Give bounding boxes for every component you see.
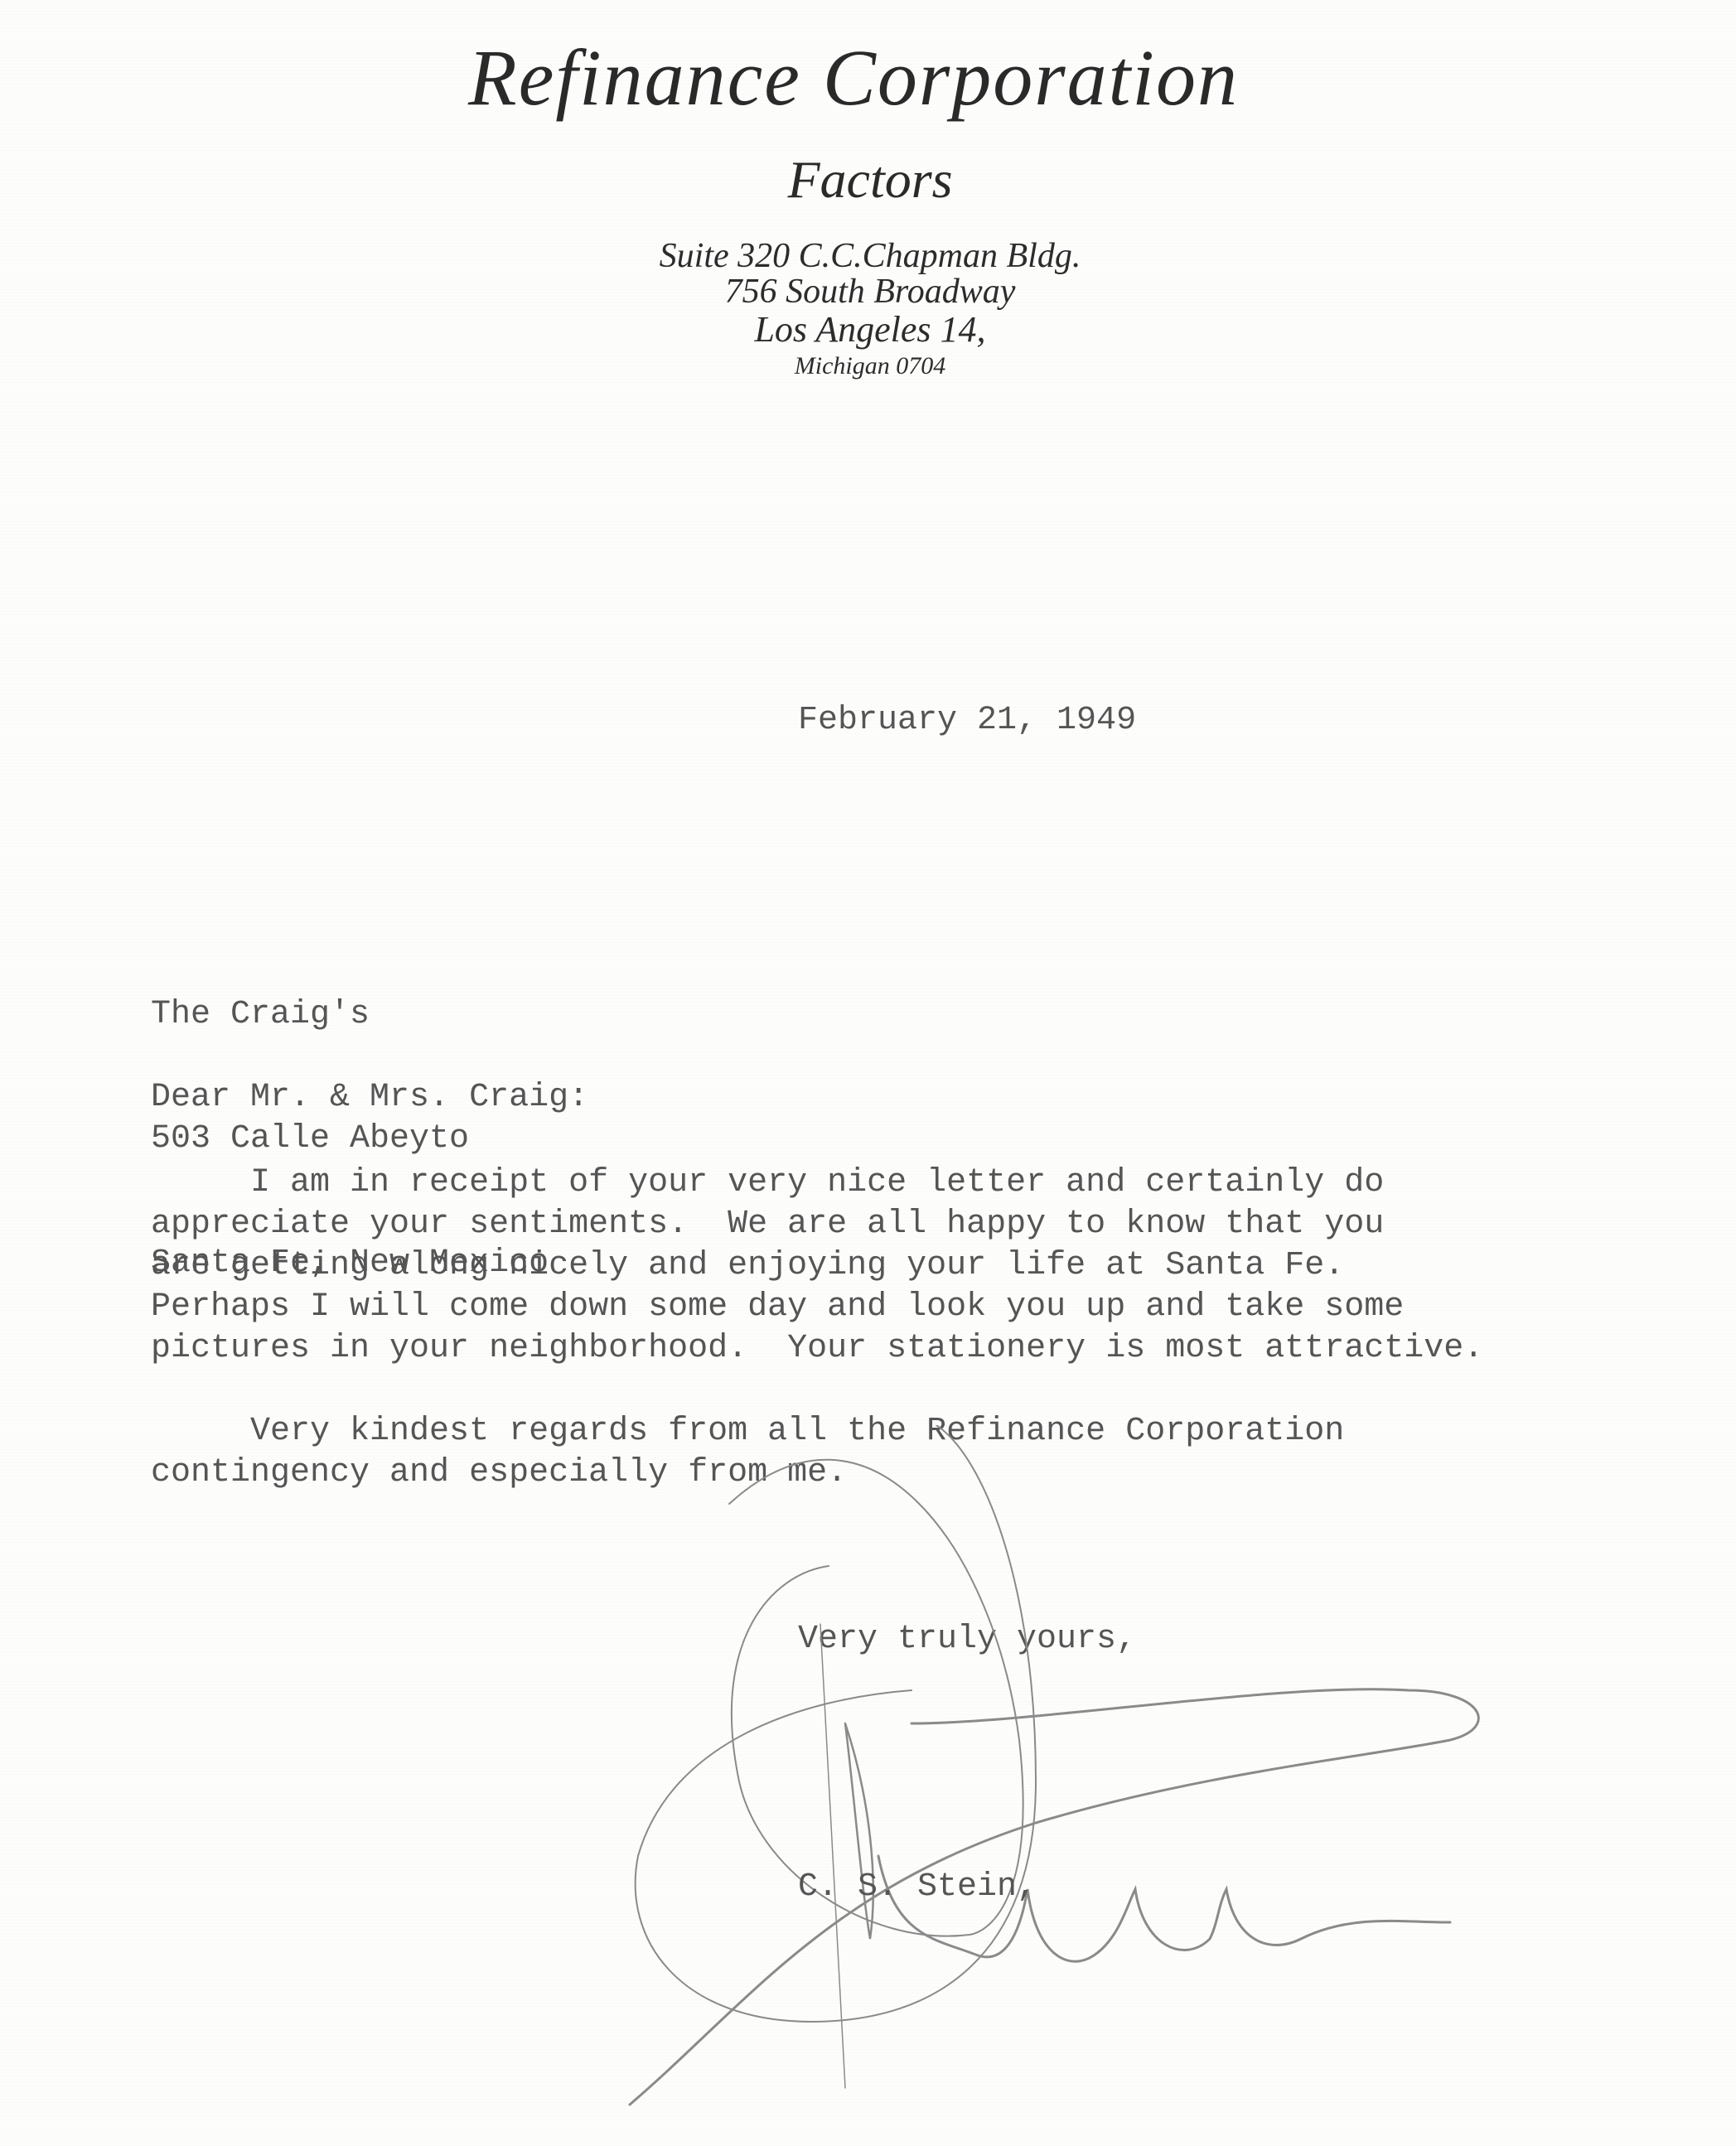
body-paragraph: Very kindest regards from all the Refina…	[151, 1411, 1344, 1494]
letter-date: February 21, 1949	[798, 700, 1136, 742]
letterhead-phone: Michigan 0704	[729, 352, 1011, 380]
recipient-street: 503 Calle Abeyto	[151, 1119, 549, 1160]
closing: Very truly yours,	[798, 1619, 1136, 1660]
salutation: Dear Mr. & Mrs. Craig:	[151, 1077, 588, 1119]
letterhead-address-line: 756 South Broadway	[663, 272, 1077, 312]
letterhead-company-name: Refinance Corporation	[389, 31, 1318, 123]
letterhead-division: Factors	[704, 149, 1036, 210]
recipient-name: The Craig's	[151, 994, 549, 1036]
signer-name: C. S. Stein,	[798, 1867, 1037, 1908]
handwritten-signature	[621, 1425, 1533, 2129]
letterhead-address-line: Los Angeles 14,	[679, 308, 1061, 350]
letterhead-address-line: Suite 320 C.C.Chapman Bldg.	[638, 236, 1102, 276]
body-paragraph: I am in receipt of your very nice letter…	[151, 1162, 1483, 1370]
